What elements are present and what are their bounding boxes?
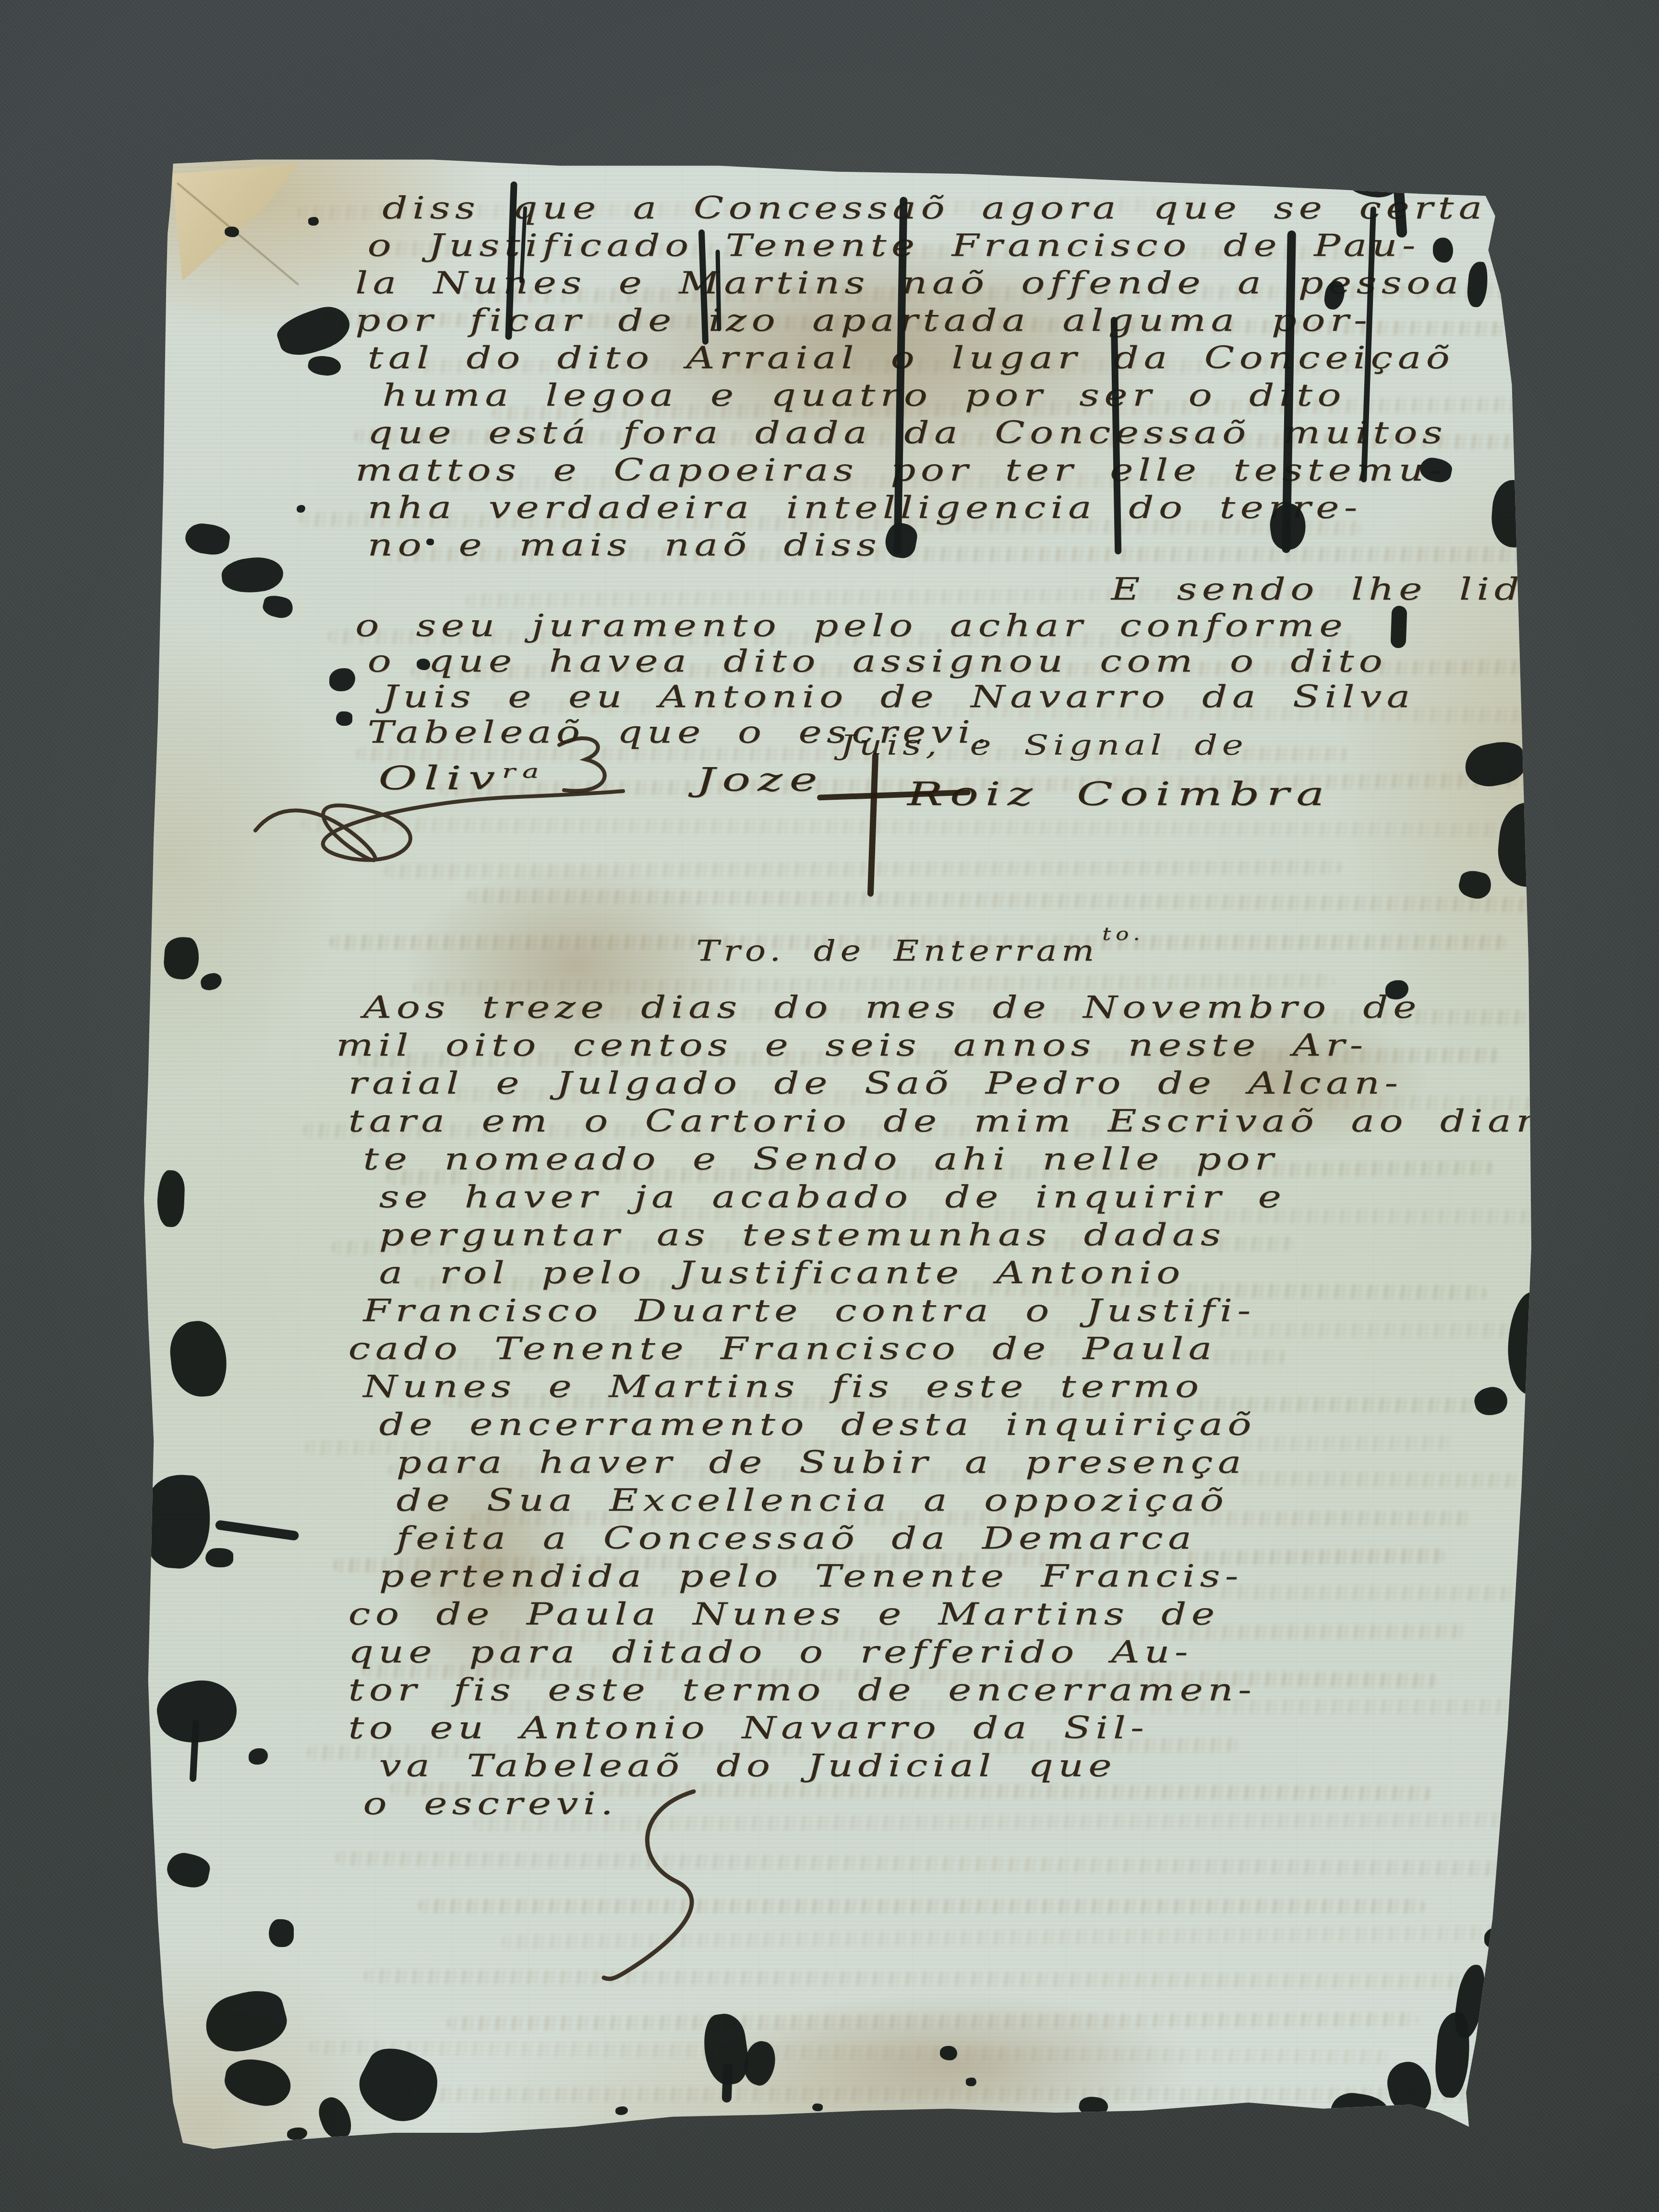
- witness-signature-last: Roiz Coimbra: [907, 775, 1331, 813]
- manuscript-line: se haver ja acabado de inquirir e: [379, 1178, 1564, 1216]
- ink-blot: [199, 972, 223, 991]
- witness-signature-first: Joze: [696, 761, 824, 799]
- ink-blot: [269, 1919, 294, 1947]
- manuscript-line: pertendida pelo Tenente Francis-: [379, 1558, 1564, 1596]
- manuscript-line: Nunes e Martins fis este termo: [363, 1368, 1564, 1406]
- manuscript-line: de encerramento desta inquiriçaõ: [379, 1406, 1564, 1444]
- manuscript-line: tara em o Cartorio de mim Escrivaõ ao di…: [349, 1103, 1564, 1141]
- ink-blot: [336, 711, 352, 726]
- manuscript-line: feita a Concessaõ da Demarca: [396, 1520, 1564, 1558]
- manuscript-line: no e mais naõ diss: [368, 527, 1577, 564]
- manuscript-line: Juis e eu Antonio de Navarro da Silva: [382, 679, 1577, 715]
- manuscript-line: o que havea dito assignou com o dito: [368, 644, 1577, 679]
- manuscript-line: raial e Julgado de Saõ Pedro de Alcan-: [349, 1065, 1564, 1103]
- ink-blot: [225, 227, 239, 237]
- manuscript-line: to eu Antonio Navarro da Sil-: [349, 1709, 1564, 1747]
- ink-blot: [1433, 238, 1453, 263]
- ink-blot: [812, 2104, 823, 2111]
- ink-blot: [615, 2106, 628, 2115]
- judge-signature-flourish: [250, 782, 629, 878]
- manuscript-line: mil oito centos e seis annos neste Ar-: [336, 1027, 1564, 1065]
- manuscript-line: te nomeado e Sendo ahi nelle por: [363, 1141, 1564, 1178]
- judge-signature-superscript: ra: [502, 760, 546, 782]
- ink-blot: [940, 2046, 957, 2060]
- bleedthrough-text-line: [419, 1899, 1425, 1913]
- ink-blot: [261, 593, 295, 621]
- section-heading-superscript: to.: [1102, 923, 1144, 944]
- manuscript-line: a rol pelo Justificante Antonio: [379, 1254, 1564, 1292]
- bleedthrough-text-line: [364, 1969, 1590, 1989]
- paragraph-termo-encerramento: Aos treze dias do mes de Novembro de mil…: [336, 989, 1564, 1823]
- ink-blot: [308, 217, 319, 226]
- ink-blot: [221, 2055, 294, 2110]
- manuscript-line: cado Tenente Francisco de Paula: [349, 1330, 1564, 1368]
- manuscript-line: co de Paula Nunes e Martins de: [349, 1596, 1564, 1634]
- ink-blot: [156, 1170, 185, 1227]
- manuscript-line: por ficar de izo apartada alguma por-: [355, 302, 1577, 339]
- ink-blot: [307, 353, 342, 378]
- manuscript-page: diss que a Concessaõ agora que se certa …: [144, 154, 1531, 2165]
- closing-opening-phrase: E sendo lhe lido: [1111, 571, 1577, 608]
- ink-drip: [1390, 605, 1407, 648]
- paragraph-deposition: diss que a Concessaõ agora que se certa …: [355, 190, 1577, 750]
- manuscript-line: nha verdadeira intelligencia do terre-: [368, 489, 1577, 527]
- folded-corner: [169, 161, 303, 286]
- ink-blot: [417, 659, 430, 670]
- manuscript-line: o escrevi.: [363, 1785, 1564, 1823]
- manuscript-line: tor fis este termo de encerramen-: [349, 1671, 1564, 1709]
- ink-blot: [183, 521, 231, 557]
- ink-blot: [966, 2078, 976, 2086]
- manuscript-line: perguntar as testemunhas dadas: [379, 1216, 1564, 1254]
- ink-blot: [249, 1748, 268, 1765]
- manuscript-line: Aos treze dias do mes de Novembro de: [363, 989, 1564, 1027]
- manuscript-line: la Nunes e Martins naõ offende a pessoa: [355, 264, 1577, 302]
- final-paraph-flourish: [590, 1781, 725, 1983]
- ink-blot: [287, 2128, 307, 2140]
- ink-blot: [163, 936, 200, 981]
- manuscript-line: Francisco Duarte contra o Justifi-: [363, 1292, 1564, 1330]
- ink-blot: [297, 505, 305, 513]
- ink-blot: [164, 1850, 212, 1891]
- ink-blot: [200, 1984, 292, 2059]
- ink-blot: [167, 1318, 230, 1399]
- section-heading: Tro. de Enterramto.: [696, 934, 1141, 968]
- ink-blot: [220, 555, 285, 596]
- ink-blot: [205, 1548, 233, 1567]
- section-heading-text: Tro. de Enterram: [696, 934, 1099, 968]
- manuscript-line: o Justificado Tenente Francisco de Pau-: [368, 227, 1577, 264]
- manuscript-line: que está fora dada da Concessaõ muitos: [368, 414, 1577, 452]
- manuscript-line: tal do dito Arraial o lugar da Conceiçaõ: [368, 339, 1577, 377]
- ink-blot: [426, 539, 434, 545]
- ink-blot: [273, 301, 355, 362]
- ink-blot: [329, 668, 355, 691]
- manuscript-line: para haver de Subir a presença: [396, 1444, 1564, 1482]
- manuscript-line: de Sua Excellencia a oppoziçaõ: [396, 1482, 1564, 1520]
- manuscript-line: va Tabeleaõ do Judicial que: [379, 1747, 1564, 1785]
- manuscript-line: que para ditado o refferido Au-: [349, 1634, 1564, 1671]
- manuscript-line: huma legoa e quatro por ser o dito: [382, 377, 1577, 414]
- manuscript-line: mattos e Capoeiras por ter elle testemu-: [355, 452, 1577, 489]
- manuscript-photo: { "document": { "language": "Portuguese"…: [0, 0, 1659, 2212]
- ink-drip: [722, 2063, 733, 2103]
- ink-drip: [215, 1520, 299, 1541]
- attestation-line: Juis, e Signal de: [840, 729, 1248, 761]
- bleedthrough-text-line: [336, 1851, 1597, 1877]
